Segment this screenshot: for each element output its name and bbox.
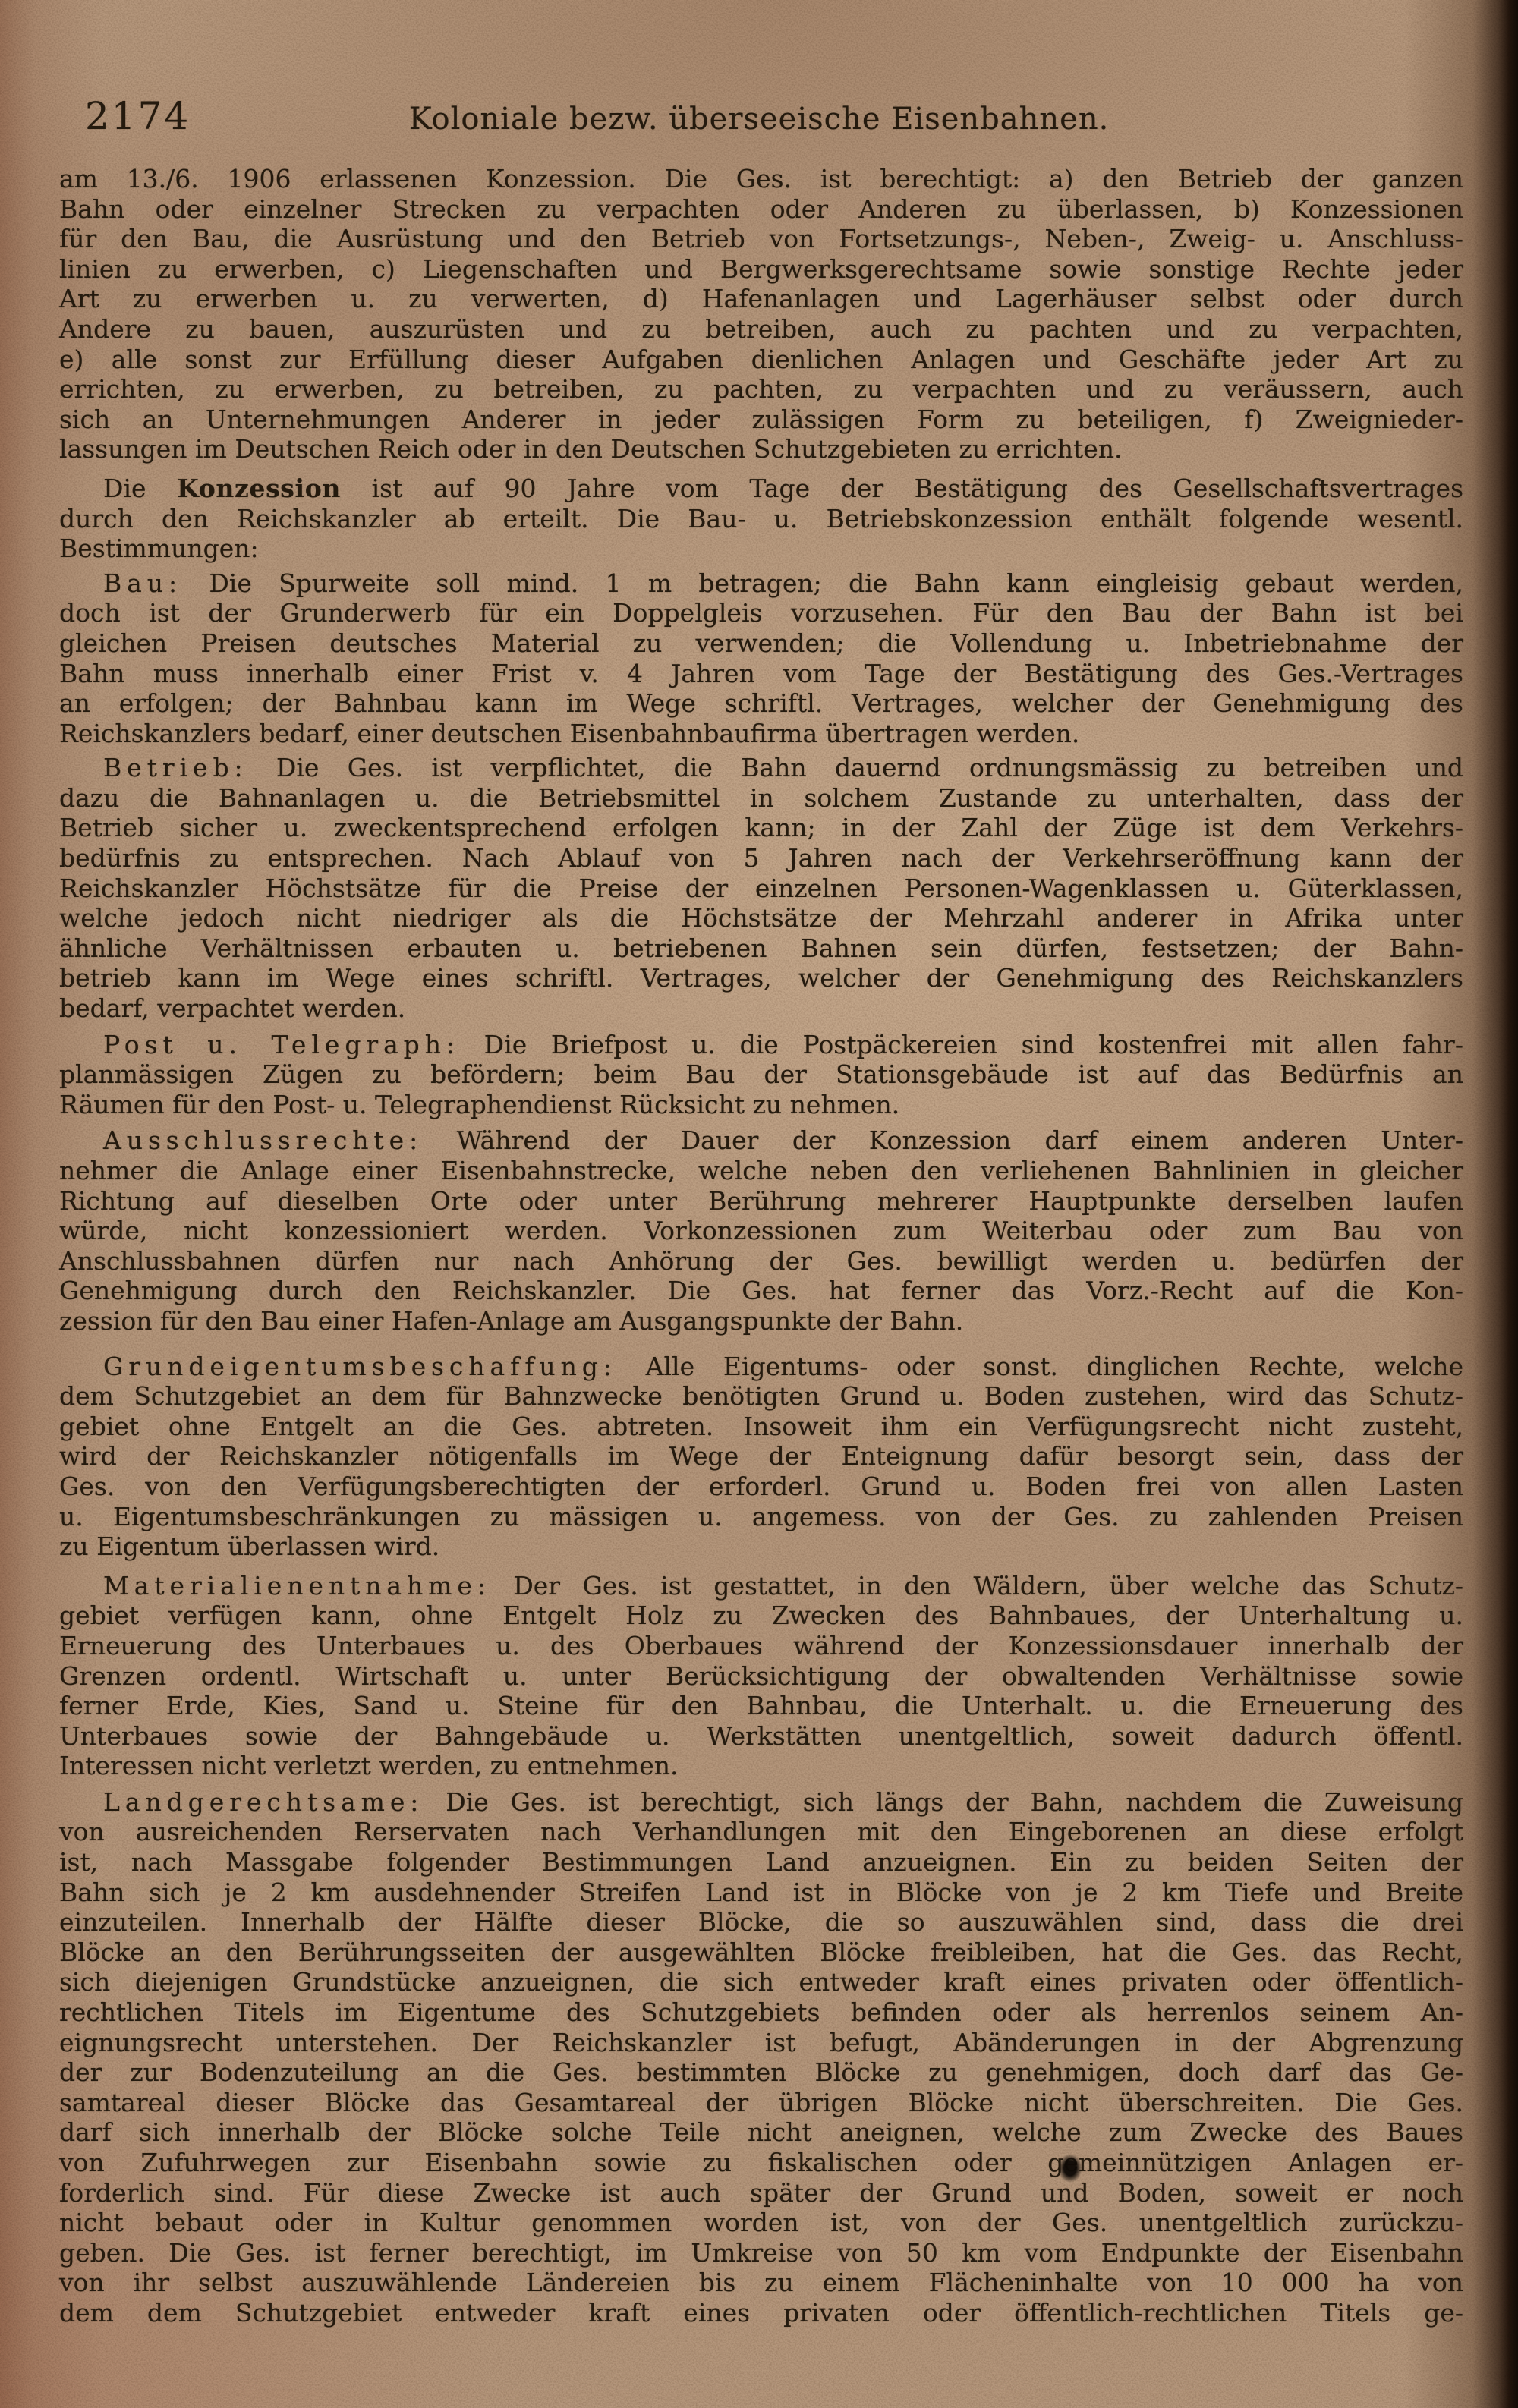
- text-segment: Die: [103, 474, 177, 503]
- text-line: einzuteilen. Innerhalb der Hälfte dieser…: [59, 1907, 1463, 1937]
- text-segment: für den Bau, die Ausrüstung und den Betr…: [59, 224, 1463, 253]
- text-line: ferner Erde, Kies, Sand u. Steine für de…: [59, 1691, 1463, 1721]
- text-line: Blöcke an den Berührungsseiten der ausge…: [59, 1937, 1463, 1968]
- text-segment: zu Eigentum überlassen wird.: [59, 1531, 439, 1561]
- text-line: gleichen Preisen deutsches Material zu v…: [59, 628, 1463, 659]
- text-segment: würde, nicht konzessioniert werden. Vork…: [59, 1216, 1463, 1245]
- text-line: Post u. Telegraph: Die Briefpost u. die …: [59, 1030, 1463, 1060]
- text-segment: bedarf, verpachtet werden.: [59, 993, 405, 1023]
- text-line: betrieb kann im Wege eines schriftl. Ver…: [59, 963, 1463, 993]
- bold-keyword: Konzession: [177, 474, 341, 503]
- text-line: rechtlichen Titels im Eigentume des Schu…: [59, 1997, 1463, 2028]
- text-line: Art zu erwerben u. zu verwerten, d) Hafe…: [59, 284, 1463, 314]
- text-line: Bahn sich je 2 km ausdehnender Streifen …: [59, 1878, 1463, 1908]
- text-segment: nicht bebaut oder in Kultur genommen wor…: [59, 2208, 1463, 2237]
- text-segment: geben. Die Ges. ist ferner berechtigt, i…: [59, 2238, 1463, 2268]
- text-segment: eignungsrecht unterstehen. Der Reichskan…: [59, 2028, 1463, 2057]
- text-segment: Blöcke an den Berührungsseiten der ausge…: [59, 1937, 1463, 1967]
- text-line: dem Schutzgebiet an dem für Bahnzwecke b…: [59, 1381, 1463, 1412]
- text-line: gebiet ohne Entgelt an die Ges. abtreten…: [59, 1412, 1463, 1442]
- text-line: Richtung auf dieselben Orte oder unter B…: [59, 1186, 1463, 1217]
- text-segment: ist, nach Massgabe folgender Bestimmunge…: [59, 1847, 1463, 1877]
- text-segment: Reichskanzlers bedarf, einer deutschen E…: [59, 719, 1079, 748]
- text-line: Räumen für den Post- u. Telegraphendiens…: [59, 1090, 1463, 1120]
- text-line: der zur Bodenzuteilung an die Ges. besti…: [59, 2057, 1463, 2088]
- section-heading: Post u. Telegraph:: [103, 1030, 460, 1059]
- text-segment: ist auf 90 Jahre vom Tage der Bestätigun…: [341, 474, 1463, 503]
- text-line: Reichskanzler Höchstsätze für die Preise…: [59, 873, 1463, 904]
- text-segment: nehmer die Anlage einer Eisenbahnstrecke…: [59, 1156, 1463, 1185]
- text-line: am 13./6. 1906 erlassenen Konzession. Di…: [59, 164, 1463, 194]
- text-line: Anschlussbahnen dürfen nur nach Anhörung…: [59, 1246, 1463, 1276]
- text-line: von Zufuhrwegen zur Eisenbahn sowie zu f…: [59, 2148, 1463, 2178]
- section-heading: Bau:: [103, 568, 182, 598]
- text-line: darf sich innerhalb der Blöcke solche Te…: [59, 2117, 1463, 2148]
- text-segment: welche jedoch nicht niedriger als die Hö…: [59, 903, 1463, 933]
- text-line: Grenzen ordentl. Wirtschaft u. unter Ber…: [59, 1661, 1463, 1692]
- text-line: zession für den Bau einer Hafen-Anlage a…: [59, 1306, 1463, 1336]
- text-line: Betrieb: Die Ges. ist verpflichtet, die …: [59, 753, 1463, 783]
- text-line: sich an Unternehmungen Anderer in jeder …: [59, 404, 1463, 435]
- text-line: forderlich sind. Für diese Zwecke ist au…: [59, 2178, 1463, 2208]
- text-line: ähnliche Verhältnissen erbauten u. betri…: [59, 933, 1463, 964]
- text-segment: Interessen nicht verletzt werden, zu ent…: [59, 1751, 678, 1780]
- text-segment: wird der Reichskanzler nötigenfalls im W…: [59, 1441, 1463, 1471]
- text-segment: ferner Erde, Kies, Sand u. Steine für de…: [59, 1691, 1463, 1720]
- text-line: Genehmigung durch den Reichskanzler. Die…: [59, 1276, 1463, 1306]
- text-segment: u. Eigentumsbeschränkungen zu mässigen u…: [59, 1502, 1463, 1531]
- text-segment: Erneuerung des Unterbaues u. des Oberbau…: [59, 1631, 1463, 1660]
- text-line: sich diejenigen Grundstücke anzueignen, …: [59, 1967, 1463, 1997]
- text-segment: von Zufuhrwegen zur Eisenbahn sowie zu f…: [59, 2148, 1063, 2177]
- text-line: welche jedoch nicht niedriger als die Hö…: [59, 903, 1463, 933]
- text-segment: dem dem Schutzgebiet entweder kraft eine…: [59, 2298, 1463, 2328]
- text-segment: betrieb kann im Wege eines schriftl. Ver…: [59, 963, 1463, 993]
- text-line: Ausschlussrechte: Während der Dauer der …: [59, 1125, 1463, 1156]
- section-heading: Grundeigentumsbeschaffung:: [103, 1352, 617, 1381]
- text-line: Bahn oder einzelner Strecken zu verpacht…: [59, 194, 1463, 225]
- text-line: von ausreichenden Rerservaten nach Verha…: [59, 1817, 1463, 1847]
- text-line: für den Bau, die Ausrüstung und den Betr…: [59, 224, 1463, 254]
- text-line: Betrieb sicher u. zweckentsprechend erfo…: [59, 813, 1463, 843]
- book-page: 2174 Koloniale bezw. überseeische Eisenb…: [0, 0, 1518, 2408]
- text-line: Bahn muss innerhalb einer Frist v. 4 Jah…: [59, 659, 1463, 689]
- text-segment: Andere zu bauen, auszurüsten und zu betr…: [59, 314, 1463, 344]
- text-line: geben. Die Ges. ist ferner berechtigt, i…: [59, 2238, 1463, 2268]
- text-segment: von ausreichenden Rerservaten nach Verha…: [59, 1817, 1463, 1846]
- text-segment: von ihr selbst auszuwählende Ländereien …: [59, 2268, 1463, 2297]
- text-segment: Bahn muss innerhalb einer Frist v. 4 Jah…: [59, 659, 1463, 688]
- text-line: nehmer die Anlage einer Eisenbahnstrecke…: [59, 1156, 1463, 1186]
- text-line: Reichskanzlers bedarf, einer deutschen E…: [59, 719, 1463, 749]
- page-text: am 13./6. 1906 erlassenen Konzession. Di…: [59, 164, 1463, 2328]
- text-segment: Während der Dauer der Konzession darf ei…: [423, 1125, 1463, 1155]
- text-line: Unterbaues sowie der Bahngebäude u. Werk…: [59, 1721, 1463, 1752]
- text-segment: Die Ges. ist berechtigt, sich längs der …: [424, 1787, 1463, 1817]
- text-line: Materialienentnahme: Der Ges. ist gestat…: [59, 1571, 1463, 1601]
- text-segment: errichten, zu erwerben, zu betreiben, zu…: [59, 374, 1463, 404]
- text-segment: dazu die Bahnanlagen u. die Betriebsmitt…: [59, 783, 1463, 813]
- text-line: Interessen nicht verletzt werden, zu ent…: [59, 1751, 1463, 1781]
- text-segment: sich an Unternehmungen Anderer in jeder …: [59, 404, 1463, 434]
- text-line: e) alle sonst zur Erfüllung dieser Aufga…: [59, 345, 1463, 375]
- text-segment: Die Spurweite soll mind. 1 m betragen; d…: [182, 568, 1463, 598]
- text-line: dazu die Bahnanlagen u. die Betriebsmitt…: [59, 783, 1463, 814]
- text-segment: dem Schutzgebiet an dem für Bahnzwecke b…: [59, 1381, 1463, 1411]
- section-heading: Betrieb:: [103, 753, 248, 782]
- text-segment: zession für den Bau einer Hafen-Anlage a…: [59, 1306, 963, 1336]
- text-line: Die Konzession ist auf 90 Jahre vom Tage…: [59, 474, 1463, 504]
- text-line: wird der Reichskanzler nötigenfalls im W…: [59, 1441, 1463, 1472]
- text-line: doch ist der Grunderwerb für ein Doppelg…: [59, 598, 1463, 628]
- text-line: Bestimmungen:: [59, 534, 1463, 564]
- text-segment: Anschlussbahnen dürfen nur nach Anhörung…: [59, 1246, 1463, 1276]
- text-line: u. Eigentumsbeschränkungen zu mässigen u…: [59, 1502, 1463, 1532]
- text-segment: Die Ges. ist verpflichtet, die Bahn daue…: [248, 753, 1463, 782]
- text-line: dem dem Schutzgebiet entweder kraft eine…: [59, 2298, 1463, 2328]
- ink-blot: e: [1063, 2148, 1079, 2177]
- text-segment: der zur Bodenzuteilung an die Ges. besti…: [59, 2057, 1463, 2087]
- text-segment: darf sich innerhalb der Blöcke solche Te…: [59, 2117, 1463, 2147]
- text-segment: Räumen für den Post- u. Telegraphendiens…: [59, 1090, 899, 1119]
- text-line: samtareal dieser Blöcke das Gesamtareal …: [59, 2088, 1463, 2118]
- text-line: von ihr selbst auszuwählende Ländereien …: [59, 2268, 1463, 2298]
- text-segment: Reichskanzler Höchstsätze für die Preise…: [59, 873, 1463, 903]
- text-line: Andere zu bauen, auszurüsten und zu betr…: [59, 314, 1463, 345]
- text-segment: Ges. von den Verfügungsberechtigten der …: [59, 1472, 1463, 1501]
- text-line: ist, nach Massgabe folgender Bestimmunge…: [59, 1847, 1463, 1878]
- text-line: Erneuerung des Unterbaues u. des Oberbau…: [59, 1631, 1463, 1661]
- text-segment: Die Briefpost u. die Postpäckereien sind…: [460, 1030, 1463, 1059]
- text-segment: Bestimmungen:: [59, 534, 259, 563]
- text-line: Ges. von den Verfügungsberechtigten der …: [59, 1472, 1463, 1502]
- text-line: Landgerechtsame: Die Ges. ist berechtigt…: [59, 1787, 1463, 1818]
- text-segment: sich diejenigen Grundstücke anzueignen, …: [59, 1967, 1463, 1997]
- text-line: würde, nicht konzessioniert werden. Vork…: [59, 1216, 1463, 1246]
- text-line: bedarf, verpachtet werden.: [59, 993, 1463, 1024]
- text-line: Bau: Die Spurweite soll mind. 1 m betrag…: [59, 568, 1463, 599]
- text-segment: Bahn oder einzelner Strecken zu verpacht…: [59, 194, 1463, 224]
- text-segment: rechtlichen Titels im Eigentume des Schu…: [59, 1997, 1463, 2027]
- text-line: an erfolgen; der Bahnbau kann im Wege sc…: [59, 688, 1463, 719]
- text-line: nicht bebaut oder in Kultur genommen wor…: [59, 2208, 1463, 2238]
- text-segment: am 13./6. 1906 erlassenen Konzession. Di…: [59, 164, 1463, 194]
- text-segment: Genehmigung durch den Reichskanzler. Die…: [59, 1276, 1463, 1305]
- text-segment: Der Ges. ist gestattet, in den Wäldern, …: [491, 1571, 1463, 1601]
- text-segment: Grenzen ordentl. Wirtschaft u. unter Ber…: [59, 1661, 1463, 1691]
- section-heading: Landgerechtsame:: [103, 1787, 424, 1817]
- text-segment: Betrieb sicher u. zweckentsprechend erfo…: [59, 813, 1463, 842]
- running-title: Koloniale bezw. überseeische Eisenbahnen…: [61, 102, 1457, 137]
- text-line: bedürfnis zu entsprechen. Nach Ablauf vo…: [59, 843, 1463, 873]
- text-line: errichten, zu erwerben, zu betreiben, zu…: [59, 374, 1463, 404]
- text-segment: einzuteilen. Innerhalb der Hälfte dieser…: [59, 1907, 1463, 1937]
- text-segment: ähnliche Verhältnissen erbauten u. betri…: [59, 933, 1463, 963]
- text-segment: forderlich sind. Für diese Zwecke ist au…: [59, 2178, 1463, 2208]
- text-line: gebiet verfügen kann, ohne Entgelt Holz …: [59, 1601, 1463, 1631]
- text-segment: Bahn sich je 2 km ausdehnender Streifen …: [59, 1878, 1463, 1907]
- text-line: zu Eigentum überlassen wird.: [59, 1531, 1463, 1562]
- text-segment: lassungen im Deutschen Reich oder in den…: [59, 434, 1123, 464]
- text-segment: Richtung auf dieselben Orte oder unter B…: [59, 1186, 1463, 1216]
- text-line: Grundeigentumsbeschaffung: Alle Eigentum…: [59, 1352, 1463, 1382]
- text-line: durch den Reichskanzler ab erteilt. Die …: [59, 504, 1463, 534]
- text-segment: durch den Reichskanzler ab erteilt. Die …: [59, 504, 1463, 534]
- text-line: linien zu erwerben, c) Liegenschaften un…: [59, 254, 1463, 285]
- text-segment: doch ist der Grunderwerb für ein Doppelg…: [59, 598, 1463, 628]
- text-line: planmässigen Zügen zu befördern; beim Ba…: [59, 1059, 1463, 1090]
- text-segment: Art zu erwerben u. zu verwerten, d) Hafe…: [59, 284, 1463, 313]
- text-segment: Unterbaues sowie der Bahngebäude u. Werk…: [59, 1721, 1463, 1751]
- section-heading: Ausschlussrechte:: [103, 1125, 423, 1155]
- text-segment: meinnützigen Anlagen er-: [1079, 2148, 1463, 2177]
- text-segment: gebiet ohne Entgelt an die Ges. abtreten…: [59, 1412, 1463, 1441]
- text-segment: an erfolgen; der Bahnbau kann im Wege sc…: [59, 688, 1463, 718]
- text-segment: gebiet verfügen kann, ohne Entgelt Holz …: [59, 1601, 1463, 1630]
- text-segment: samtareal dieser Blöcke das Gesamtareal …: [59, 2088, 1463, 2117]
- section-heading: Materialienentnahme:: [103, 1571, 491, 1601]
- text-segment: bedürfnis zu entsprechen. Nach Ablauf vo…: [59, 843, 1463, 873]
- text-segment: Alle Eigentums- oder sonst. dinglichen R…: [617, 1352, 1463, 1381]
- text-line: lassungen im Deutschen Reich oder in den…: [59, 434, 1463, 464]
- text-segment: planmässigen Zügen zu befördern; beim Ba…: [59, 1059, 1463, 1089]
- text-segment: e) alle sonst zur Erfüllung dieser Aufga…: [59, 345, 1463, 374]
- text-segment: gleichen Preisen deutsches Material zu v…: [59, 628, 1463, 658]
- text-line: eignungsrecht unterstehen. Der Reichskan…: [59, 2028, 1463, 2058]
- text-segment: linien zu erwerben, c) Liegenschaften un…: [59, 254, 1463, 284]
